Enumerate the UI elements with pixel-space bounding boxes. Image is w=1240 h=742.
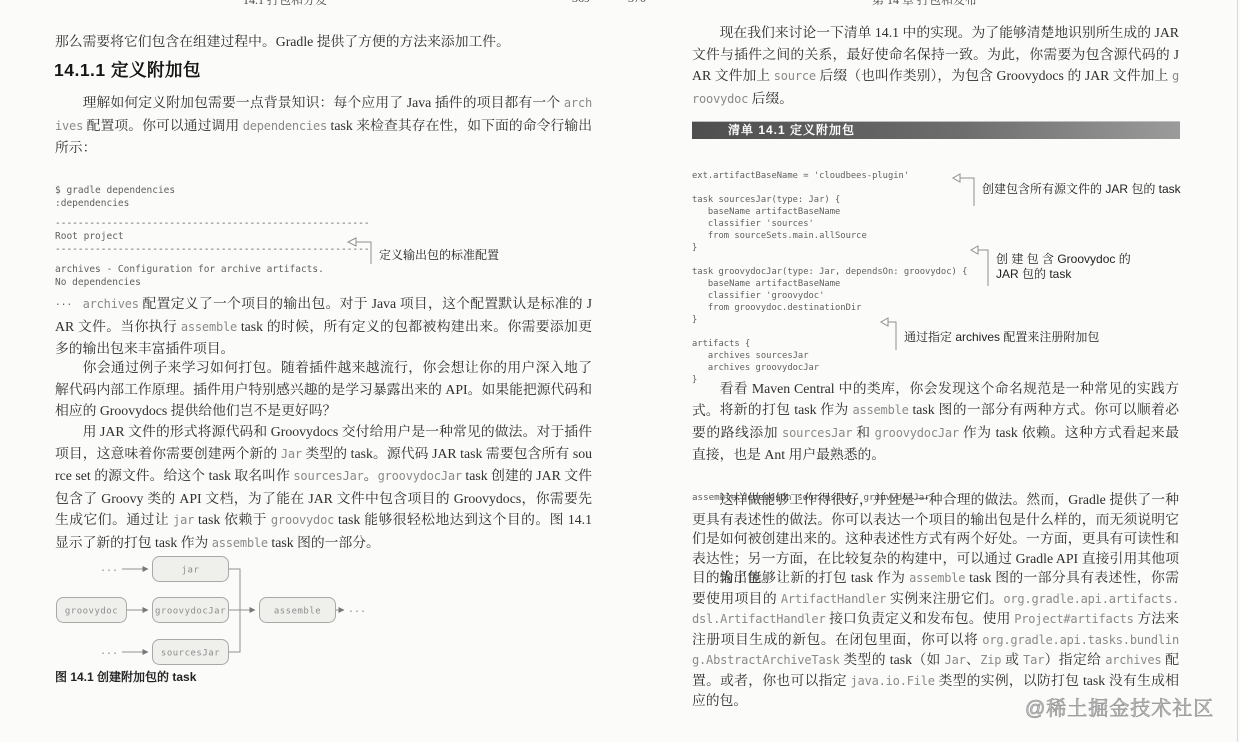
watermark: @稀土掘金技术社区 — [1025, 692, 1214, 721]
paragraph-intro: 那么需要将它们包含在组建过程中。Gradle 提供了方便的方法来添加工件。 — [55, 31, 592, 53]
right-chapter-title: 第 14 章 打包和发布 — [872, 0, 977, 6]
paragraph-artifact-handler: 为了能够让新的打包 task 作为 assemble task 图的一部分具有表… — [692, 568, 1179, 711]
code-listing-lines: ext.artifactBaseName = 'cloudbees-plugin… — [692, 170, 1180, 386]
page-left: 14.1 打包和分发 369 那么需要将它们包含在组建过程中。Gradle 提供… — [0, 0, 620, 742]
paragraph-two-ways: 将新的打包 task 作为 assemble task 图的一部分有两种方式。你… — [692, 399, 1179, 466]
callout-arrow-icon — [880, 316, 881, 317]
paragraph-jar-tasks: 用 JAR 文件的形式将源代码和 Groovydocs 交付给用户是一种常见的做… — [55, 421, 592, 554]
svg-text:sourcesJar: sourcesJar — [161, 649, 220, 659]
svg-text:groovydoc: groovydoc — [65, 607, 118, 617]
paragraph-background: 理解如何定义附加包需要一点背景知识：每个应用了 Java 插件的项目都有一个 a… — [55, 92, 592, 159]
section-heading: 14.1.1 定义附加包 — [54, 57, 201, 82]
figure-caption: 图 14.1 创建附加包的 task — [55, 668, 196, 685]
callout-arrow-icon — [347, 236, 348, 237]
terminal-lines: $ gradle dependencies:dependencies -----… — [55, 184, 592, 309]
figure-task-graph: jar groovydoc groovydocJar assemble sour… — [52, 548, 397, 673]
paragraph-example: 你会通过例子来学习如何打包。随着插件越来越流行，你会想让你的用户深入地了解代码内… — [55, 357, 592, 422]
ellipsis-before-jar: ... — [100, 563, 118, 574]
listing-header-bar: 清单 14.1 定义附加包 — [692, 121, 1180, 139]
listing-title: 清单 14.1 定义附加包 — [692, 122, 1180, 139]
left-page-number: 369 — [572, 0, 590, 6]
svg-text:jar: jar — [182, 566, 200, 576]
callout-groovydocjar: 创 建 包 含 Groovydoc 的 JAR 包的 task — [970, 244, 1012, 294]
right-page-number: 370 — [628, 0, 646, 6]
task-graph-diagram: jar groovydoc groovydocJar assemble sour… — [52, 548, 397, 668]
page-edge-line — [1237, 0, 1238, 742]
svg-text:groovydocJar: groovydocJar — [155, 607, 226, 617]
left-section-title: 14.1 打包和分发 — [243, 0, 327, 6]
callout-arrow-icon — [970, 244, 971, 245]
paragraph-archives: archives 配置定义了一个项目的输出包。对于 Java 项目，这个配置默认… — [55, 293, 592, 360]
callout-sourcesjar: 创建包含所有源文件的 JAR 包的 task — [952, 172, 994, 212]
svg-text:assemble: assemble — [274, 607, 321, 617]
page-right: 370 第 14 章 打包和发布 现在我们来讨论一下清单 14.1 中的实现。为… — [620, 0, 1240, 742]
ellipsis-before-sourcesjar: ... — [100, 646, 118, 657]
paragraph-listing-intro: 现在我们来讨论一下清单 14.1 中的实现。为了能够清楚地识别所生成的 JAR … — [692, 22, 1179, 110]
callout-artifacts: 通过指定 archives 配置来注册附加包 — [880, 316, 922, 356]
left-running-head: 14.1 打包和分发 369 — [0, 0, 620, 6]
right-running-head: 370 第 14 章 打包和发布 — [620, 0, 1240, 6]
callout-archives-config: 定义输出包的标准配置 — [347, 236, 393, 280]
ellipsis-after-assemble: ... — [348, 604, 366, 615]
callout-arrow-icon — [952, 172, 953, 173]
